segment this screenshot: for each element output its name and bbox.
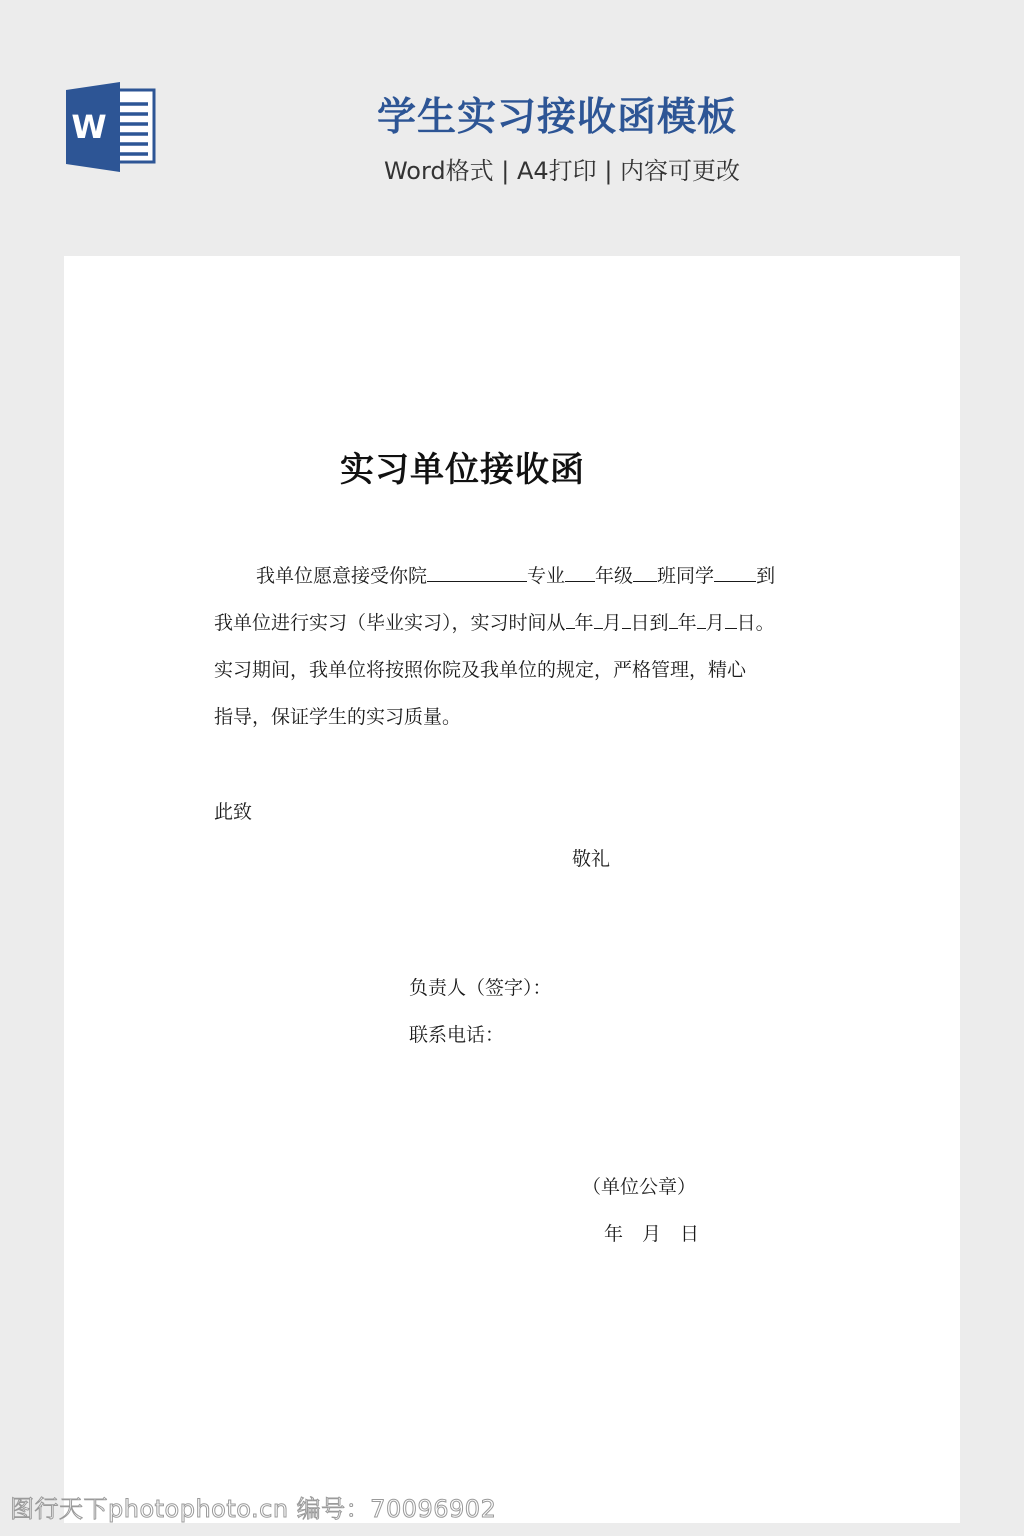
page-subtitle: Word格式 | A4打印 | 内容可更改 (0, 154, 1024, 188)
college-blank (427, 567, 527, 582)
paragraph-line-4: 指导，保证学生的实习质量。 (214, 694, 854, 741)
responsible-person-label: 负责人（签字）： (409, 973, 552, 1003)
blank (622, 614, 631, 629)
blank (725, 614, 737, 629)
document-page: 实习单位接收函 我单位愿意接受你院专业年级班同学到 我单位进行实习（毕业实习），… (64, 256, 960, 1523)
document-title: 实习单位接收函 (340, 446, 585, 494)
salutation: 此致 (214, 797, 252, 827)
paragraph-line-3: 实习期间，我单位将按照你院及我单位的规定，严格管理，精心 (214, 647, 854, 694)
paragraph-line-1: 我单位愿意接受你院专业年级班同学到 (214, 553, 854, 600)
contact-phone-label: 联系电话： (409, 1020, 504, 1050)
grade-blank (633, 567, 657, 582)
blank (594, 614, 603, 629)
regards: 敬礼 (572, 844, 610, 874)
page-title: 学生实习接收函模板 (0, 92, 1024, 144)
blank (566, 614, 575, 629)
blank (697, 614, 706, 629)
blank (669, 614, 678, 629)
seal-date: 年 月 日 (604, 1219, 699, 1249)
unit-seal-label: （单位公章） (582, 1172, 696, 1202)
document-body-paragraph: 我单位愿意接受你院专业年级班同学到 我单位进行实习（毕业实习），实习时间从年月日… (214, 553, 854, 741)
paragraph-line-2: 我单位进行实习（毕业实习），实习时间从年月日到年月日。 (214, 600, 854, 647)
student-blank (714, 567, 756, 582)
major-blank (565, 567, 595, 582)
watermark: 图行天下photophoto.cn 编号：70096902 (10, 1493, 496, 1525)
